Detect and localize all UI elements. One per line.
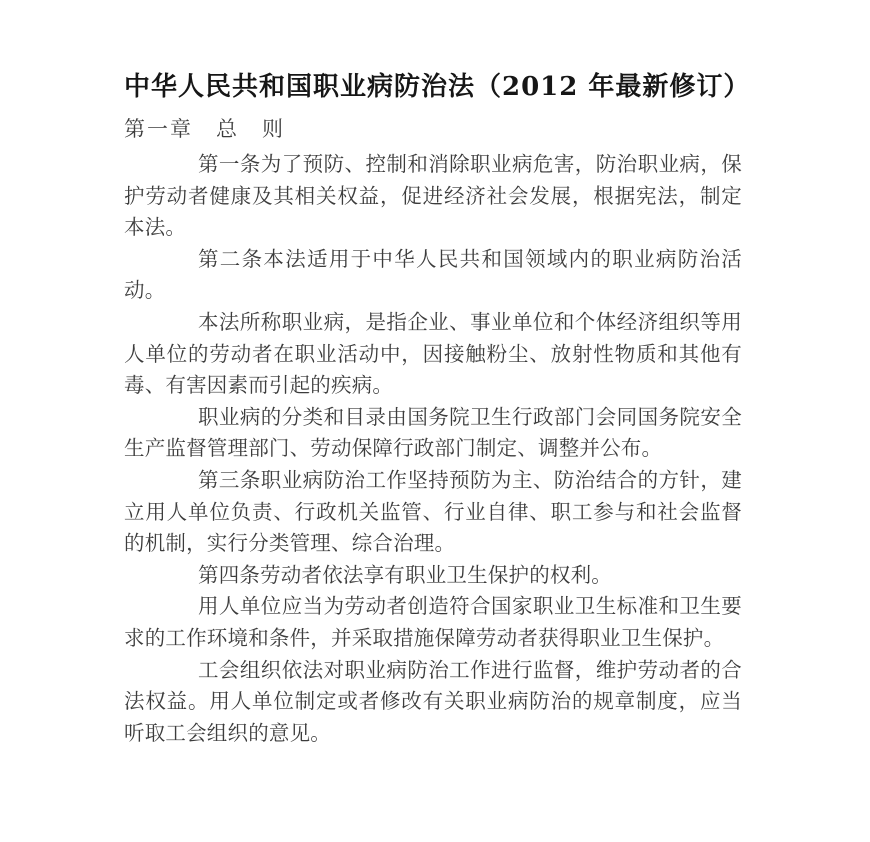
chapter-heading: 第一章 总 则: [124, 114, 742, 144]
document-body: 第一条为了预防、控制和消除职业病危害，防治职业病，保护劳动者健康及其相关权益，促…: [124, 149, 742, 749]
paragraph: 第二条本法适用于中华人民共和国领域内的职业病防治活动。: [124, 244, 742, 307]
paragraph: 第一条为了预防、控制和消除职业病危害，防治职业病，保护劳动者健康及其相关权益，促…: [124, 149, 742, 244]
paragraph: 本法所称职业病，是指企业、事业单位和个体经济组织等用人单位的劳动者在职业活动中，…: [124, 307, 742, 402]
paragraph: 职业病的分类和目录由国务院卫生行政部门会同国务院安全生产监督管理部门、劳动保障行…: [124, 402, 742, 465]
paragraph: 第四条劳动者依法享有职业卫生保护的权利。: [124, 560, 742, 592]
paragraph: 第三条职业病防治工作坚持预防为主、防治结合的方针，建立用人单位负责、行政机关监管…: [124, 465, 742, 560]
document-page: 中华人民共和国职业病防治法（2012 年最新修订） 第一章 总 则 第一条为了预…: [0, 0, 870, 842]
paragraph: 用人单位应当为劳动者创造符合国家职业卫生标准和卫生要求的工作环境和条件，并采取措…: [124, 591, 742, 654]
paragraph: 工会组织依法对职业病防治工作进行监督，维护劳动者的合法权益。用人单位制定或者修改…: [124, 655, 742, 750]
document-title: 中华人民共和国职业病防治法（2012 年最新修订）: [124, 70, 742, 104]
